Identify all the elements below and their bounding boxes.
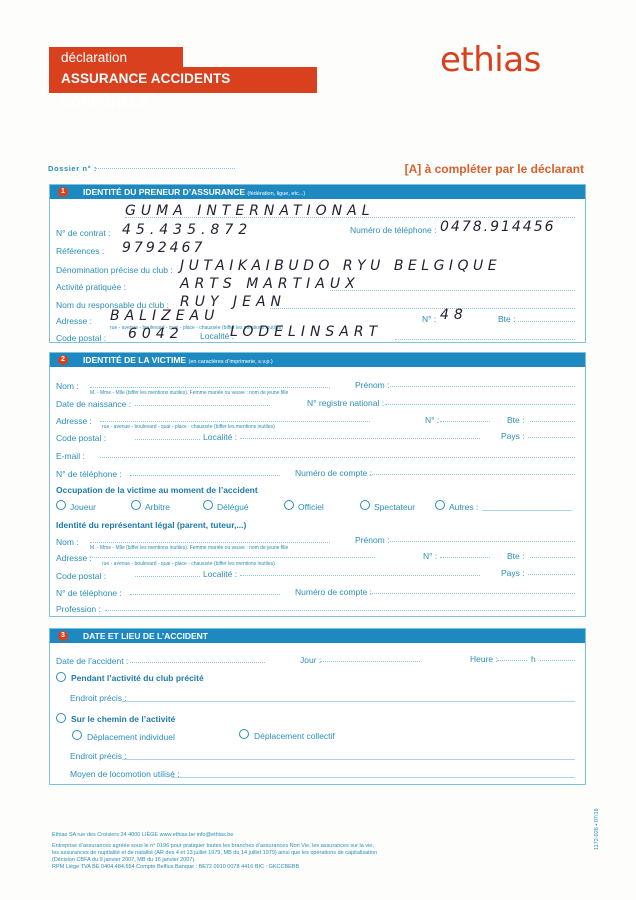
ethias-logo: ethias <box>440 40 541 80</box>
address-label: Adresse : <box>56 416 92 426</box>
transport-label: Moyen de locomotion utilisé : <box>70 769 180 779</box>
dossier-field[interactable] <box>95 164 235 169</box>
section-title: IDENTITÉ DU PRENEUR D’ASSURANCE <box>83 187 245 197</box>
account-label: Numéro de compte : <box>295 468 372 478</box>
legal-account-label: Numéro de compte : <box>295 587 372 597</box>
country-field[interactable] <box>528 433 575 438</box>
occupation-radio-autres[interactable] <box>435 500 445 510</box>
section-note: (en caractères d’imprimerie, s.v.p.) <box>188 359 272 365</box>
number-label: N° : <box>425 415 439 425</box>
footer-legal: Entreprise d’assurances agréée sous le n… <box>52 843 374 849</box>
minute-field[interactable] <box>540 656 575 661</box>
email-field[interactable] <box>100 453 575 458</box>
place1-field[interactable] <box>122 701 575 702</box>
transport-field[interactable] <box>172 777 575 778</box>
section-2-header: 2 IDENTITÉ DE LA VICTIME (en caractères … <box>50 353 585 367</box>
number-label: N° : <box>422 314 436 324</box>
dossier-label: Dossier n° : <box>48 164 97 173</box>
section-1-header: 1 IDENTITÉ DU PRENEUR D’ASSURANCE (fédér… <box>50 185 585 199</box>
legal-postal-label: Code postal : <box>56 571 106 581</box>
postal-label: Code postal : <box>56 433 106 443</box>
phone-label: N° de téléphone : <box>56 469 122 479</box>
occupation-label: Joueur <box>70 502 96 512</box>
banner-title: ASSURANCE ACCIDENTS CORPORELS <box>49 67 317 93</box>
email-label: E-mail : <box>56 451 85 461</box>
form-code: 1172-026 • 07/18 <box>594 808 600 850</box>
section-3-header: 3 DATE ET LIEU DE L’ACCIDENT <box>50 629 585 643</box>
references-field[interactable]: 9792467 <box>122 240 205 256</box>
activity-label: Activité pratiquée : <box>56 282 126 292</box>
occupation-label: Officiel <box>298 502 324 512</box>
legal-nom-field[interactable] <box>90 538 330 543</box>
individual-label: Déplacement individuel <box>87 732 175 742</box>
legal-profession-field[interactable] <box>105 606 575 611</box>
autres-field[interactable] <box>482 510 572 511</box>
registry-label: N° registre national : <box>307 398 384 408</box>
date-field[interactable] <box>130 658 265 663</box>
address-label: Adresse : <box>56 316 92 326</box>
dotted-line <box>125 213 575 218</box>
legal-locality-label: Localité : <box>203 569 237 579</box>
legal-nom-hint: M. - Mme - Mlle (biffer les mentions inu… <box>90 545 288 551</box>
legal-title: Identité du représentant légal (parent, … <box>56 520 246 530</box>
nom-hint: M. - Mme - Mlle (biffer les mentions inu… <box>90 390 288 396</box>
legal-address-hint: rue - avenue - boulevard - quai - place … <box>102 561 275 567</box>
place2-label: Endroit précis : <box>70 751 127 761</box>
legal-phone-label: N° de téléphone : <box>56 588 122 598</box>
section-preneur: 1 IDENTITÉ DU PRENEUR D’ASSURANCE (fédér… <box>49 184 586 343</box>
legal-address-label: Adresse : <box>56 553 92 563</box>
occupation-radio-spectateur[interactable] <box>360 500 370 510</box>
references-label: Références : <box>56 246 104 256</box>
section-title: DATE ET LIEU DE L’ACCIDENT <box>83 631 208 641</box>
legal-number-label: N° : <box>423 551 437 561</box>
box-label: Bte : <box>498 314 515 324</box>
birth-field[interactable] <box>135 401 270 406</box>
section-number: 1 <box>58 187 68 197</box>
contract-label: N° de contrat : <box>56 228 110 238</box>
club-field[interactable]: JUTAIKAIBUDO RYU BELGIQUE <box>180 258 501 274</box>
hour-separator: h <box>531 654 536 664</box>
prenom-label: Prénom : <box>355 380 390 390</box>
on-way-label: Sur le chemin de l’activité <box>71 714 175 724</box>
legal-country-field[interactable] <box>528 570 575 575</box>
box-field[interactable] <box>518 317 575 322</box>
section-note: (fédération, ligue, etc...) <box>247 191 305 197</box>
during-activity-radio[interactable] <box>56 672 66 682</box>
hour-label: Heure : <box>470 654 498 664</box>
section-number: 3 <box>58 631 68 641</box>
section-number: 2 <box>58 355 68 365</box>
legal-box-field[interactable] <box>530 553 575 558</box>
phone-label: Numéro de téléphone : <box>350 225 436 235</box>
box-field[interactable] <box>530 417 575 422</box>
legal-number-field[interactable] <box>440 553 490 558</box>
birth-label: Date de naissance : <box>56 399 131 409</box>
address-field[interactable]: BALIZEAU <box>110 308 219 324</box>
banner-subtitle: déclaration d’accident <box>49 47 183 67</box>
nom-label: Nom : <box>56 381 79 391</box>
legal-phone-field[interactable] <box>130 590 280 595</box>
on-way-radio[interactable] <box>56 713 66 723</box>
day-label: Jour : <box>300 655 321 665</box>
address-hint: rue - avenue - boulevard - quai - place … <box>102 424 275 430</box>
individual-radio[interactable] <box>72 730 82 740</box>
occupation-label: Spectateur <box>374 502 415 512</box>
legal-account-field[interactable] <box>370 589 575 594</box>
footer-address: Ethias SA rue des Croisiers 24 4000 LIÈG… <box>52 832 233 838</box>
occupation-label: Autres : <box>449 502 478 512</box>
section-accident: 3 DATE ET LIEU DE L’ACCIDENT Date de l’a… <box>49 628 586 785</box>
completer-label: [A] à compléter par le déclarant <box>405 162 584 176</box>
collective-radio[interactable] <box>239 729 249 739</box>
number-field[interactable] <box>440 417 490 422</box>
legal-profession-label: Profession : <box>56 604 101 614</box>
dotted-line <box>395 335 575 340</box>
address-field[interactable] <box>100 417 370 422</box>
legal-country-label: Pays : <box>501 568 525 578</box>
contract-field[interactable]: 45.435.872 <box>122 222 252 238</box>
footer-legal: (Décision CBFA du 9 janvier 2007, MB du … <box>52 857 196 863</box>
legal-box-label: Bte : <box>507 551 524 561</box>
registry-field[interactable] <box>385 400 575 405</box>
locality-field[interactable]: LODELINSART <box>230 324 382 340</box>
date-label: Date de l’accident : <box>56 656 128 666</box>
collective-label: Déplacement collectif <box>254 731 335 741</box>
country-label: Pays : <box>501 431 525 441</box>
postal-label: Code postal : <box>56 333 106 343</box>
dotted-line <box>330 286 575 291</box>
phone-field[interactable]: 0478.914456 <box>440 219 556 235</box>
postal-field[interactable]: 6042 <box>128 326 184 342</box>
legal-postal-field[interactable] <box>135 572 200 577</box>
occupation-radio-delegue[interactable] <box>203 500 213 510</box>
place1-label: Endroit précis : <box>70 693 127 703</box>
section-victime: 2 IDENTITÉ DE LA VICTIME (en caractères … <box>49 352 586 617</box>
legal-prenom-field[interactable] <box>390 537 575 542</box>
phone-field[interactable] <box>130 471 280 476</box>
occupation-label: Arbitre <box>145 502 170 512</box>
legal-prenom-label: Prénom : <box>355 535 390 545</box>
prenom-field[interactable] <box>390 382 575 387</box>
number-field[interactable]: 48 <box>440 307 468 323</box>
postal-field[interactable] <box>135 435 200 440</box>
occupation-radio-arbitre[interactable] <box>131 500 141 510</box>
footer-registration: RPM Liège TVA BE 0404.484.654 Compte Bel… <box>52 864 299 870</box>
occupation-label: Délégué <box>217 502 249 512</box>
legal-address-field[interactable] <box>90 553 375 558</box>
account-field[interactable] <box>370 470 575 475</box>
occupation-radio-officiel[interactable] <box>284 500 294 510</box>
nom-field[interactable] <box>90 383 330 388</box>
day-field[interactable] <box>320 657 420 662</box>
during-activity-label: Pendant l’activité du club précité <box>71 673 204 683</box>
legal-nom-label: Nom : <box>56 537 79 547</box>
footer-legal: les assurances de nuptialité et de natal… <box>52 850 377 856</box>
occupation-title: Occupation de la victime au moment de l’… <box>56 485 258 495</box>
occupation-radio-joueur[interactable] <box>56 500 66 510</box>
box-label: Bte : <box>507 415 524 425</box>
legal-locality-field[interactable] <box>240 571 480 576</box>
hour-field[interactable] <box>497 656 527 661</box>
locality-label: Localité : <box>203 432 237 442</box>
locality-label: Localité : <box>200 331 234 341</box>
dotted-line <box>270 304 575 309</box>
place2-field[interactable] <box>122 759 575 760</box>
locality-field[interactable] <box>240 434 480 439</box>
club-label: Dénomination précise du club : <box>56 265 173 275</box>
section-title: IDENTITÉ DE LA VICTIME <box>83 355 186 365</box>
